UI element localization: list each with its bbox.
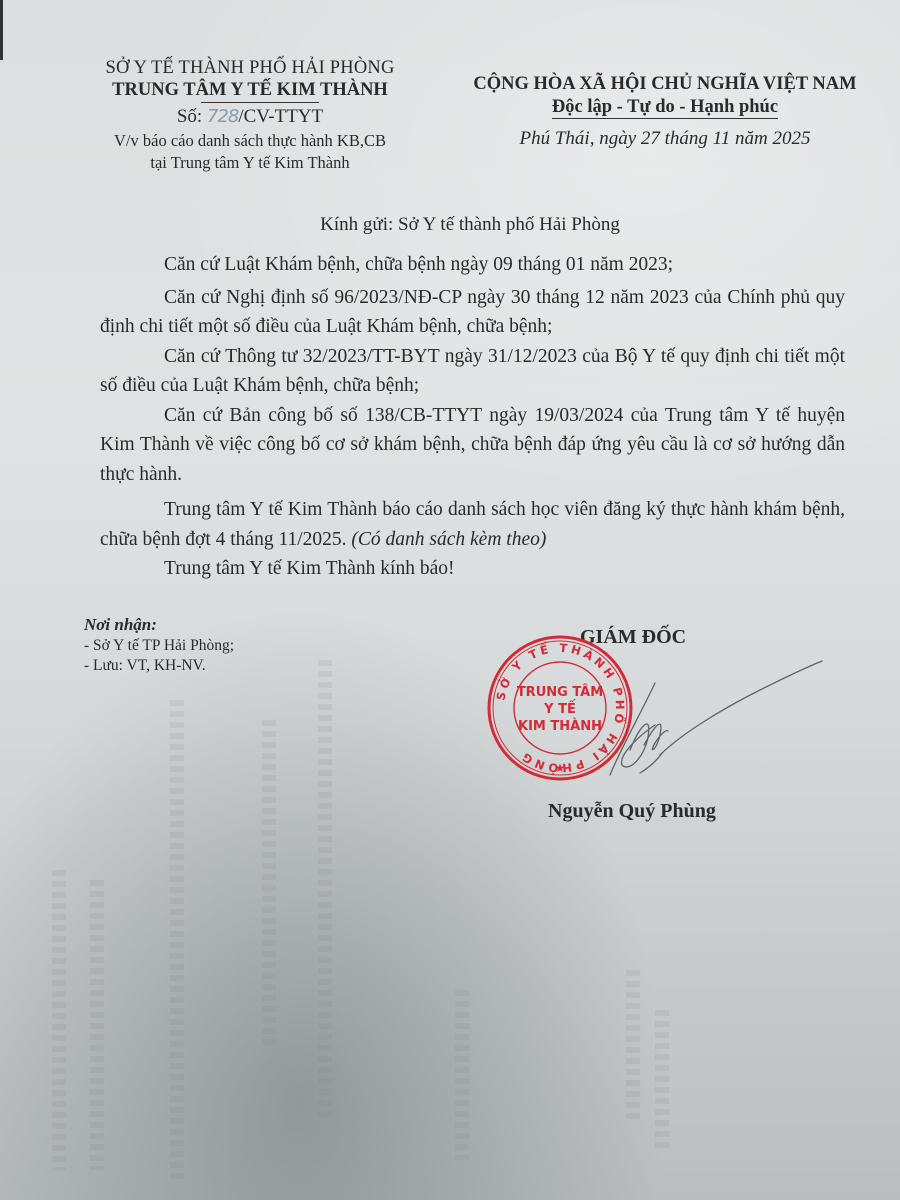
national-motto: Độc lập - Tự do - Hạnh phúc [552, 96, 778, 119]
svg-text:★: ★ [555, 761, 566, 775]
bleed-through-text [626, 970, 640, 1120]
recipient-item: - Lưu: VT, KH-NV. [84, 656, 404, 676]
bleed-through-text [90, 880, 104, 1170]
national-header: CỘNG HÒA XÃ HỘI CHỦ NGHĨA VIỆT NAM Độc l… [440, 72, 890, 153]
stamp-line-1: TRUNG TÂM [517, 684, 603, 700]
legal-basis-2: Căn cứ Nghị định số 96/2023/NĐ-CP ngày 3… [100, 283, 845, 342]
bleed-through-text [52, 870, 66, 1170]
subject-line-2: tại Trung tâm Y tế Kim Thành [70, 152, 430, 174]
department-name: SỞ Y TẾ THÀNH PHỐ HẢI PHÒNG [70, 58, 430, 79]
bleed-through-text [170, 700, 184, 1180]
closing-line: Trung tâm Y tế Kim Thành kính báo! [100, 554, 845, 584]
stamp-line-3: KIM THÀNH [518, 718, 602, 734]
report-paragraph: Trung tâm Y tế Kim Thành báo cáo danh sá… [100, 495, 845, 554]
bleed-through-text [455, 990, 469, 1160]
nation-title: CỘNG HÒA XÃ HỘI CHỦ NGHĨA VIỆT NAM [440, 72, 890, 96]
legal-basis-3: Căn cứ Thông tư 32/2023/TT-BYT ngày 31/1… [100, 342, 845, 401]
legal-basis-4: Căn cứ Bản công bố số 138/CB-TTYT ngày 1… [100, 401, 845, 490]
subject-line-1: V/v báo cáo danh sách thực hành KB,CB [70, 130, 430, 152]
header-rule [201, 102, 319, 103]
paper-edge [0, 0, 3, 60]
handwritten-number: 728 [207, 106, 238, 127]
handwritten-signature-icon [600, 655, 830, 795]
bleed-through-text [318, 660, 332, 1120]
document-number: Số: 728/CV-TTYT [70, 104, 430, 130]
number-prefix: Số: [177, 106, 202, 127]
place-date: Phú Thái, ngày 27 tháng 11 năm 2025 [440, 125, 890, 153]
recipient-line: Kính gửi: Sở Y tế thành phố Hải Phòng [0, 214, 900, 236]
recipients-title: Nơi nhận: [84, 614, 404, 636]
legal-basis-1: Căn cứ Luật Khám bệnh, chữa bệnh ngày 09… [100, 250, 845, 280]
bleed-through-text [262, 720, 276, 1050]
organization-name: TRUNG TÂM Y TẾ KIM THÀNH [70, 79, 430, 101]
signer-name: Nguyễn Quý Phùng [548, 800, 716, 823]
number-suffix: /CV-TTYT [238, 106, 323, 127]
bleed-through-text [655, 1010, 669, 1150]
document-body: Căn cứ Luật Khám bệnh, chữa bệnh ngày 09… [100, 250, 845, 584]
paper-background [0, 0, 900, 1200]
recipients-block: Nơi nhận: - Sở Y tế TP Hải Phòng; - Lưu:… [84, 614, 404, 676]
stamp-line-2: Y TẾ [543, 700, 576, 717]
attachment-note: (Có danh sách kèm theo) [351, 529, 546, 550]
issuing-agency-header: SỞ Y TẾ THÀNH PHỐ HẢI PHÒNG TRUNG TÂM Y … [70, 58, 430, 174]
recipient-item: - Sở Y tế TP Hải Phòng; [84, 636, 404, 656]
